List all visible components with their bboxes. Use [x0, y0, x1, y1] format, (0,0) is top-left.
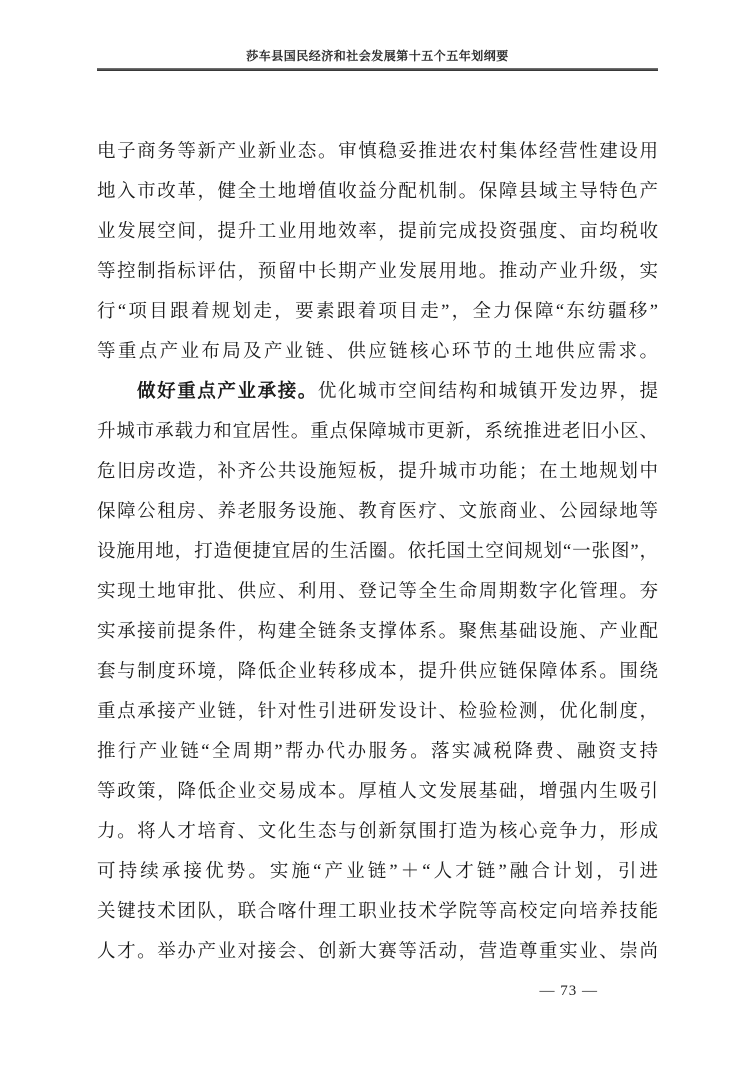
text-line: 等政策，降低企业交易成本。厚植人文发展基础，增强内生吸引 — [97, 772, 658, 812]
page-header: 莎车县国民经济和社会发展第十五个五年划纲要 — [0, 0, 753, 71]
line-text: 优化城市空间结构和城镇开发边界，提 — [318, 382, 658, 402]
text-line: 业发展空间，提升工业用地效率，提前完成投资强度、亩均税收 — [97, 212, 658, 252]
text-line: 升城市承载力和宜居性。重点保障城市更新，系统推进老旧小区、 — [97, 412, 658, 452]
document-page: 莎车县国民经济和社会发展第十五个五年划纲要 电子商务等新产业新业态。审慎稳妥推进… — [0, 0, 753, 1066]
text-line: 套与制度环境，降低企业转移成本，提升供应链保障体系。围绕 — [97, 652, 658, 692]
text-line: 设施用地，打造便捷宜居的生活圈。依托国土空间规划“一张图”， — [97, 532, 658, 572]
bold-lead-text: 做好重点产业承接。 — [137, 382, 318, 402]
page-number: — 73 — — [540, 982, 599, 1000]
paragraph-land-supply: 电子商务等新产业新业态。审慎稳妥推进农村集体经营性建设用地入市改革，健全土地增值… — [97, 132, 658, 372]
text-line: 重点承接产业链，针对性引进研发设计、检验检测，优化制度， — [97, 692, 658, 732]
text-line: 可持续承接优势。实施“产业链”＋“人才链”融合计划，引进 — [97, 852, 658, 892]
text-line: 人才。举办产业对接会、创新大赛等活动，营造尊重实业、崇尚 — [97, 932, 658, 972]
document-body: 电子商务等新产业新业态。审慎稳妥推进农村集体经营性建设用地入市改革，健全土地增值… — [97, 132, 658, 972]
text-line: 等控制指标评估，预留中长期产业发展用地。推动产业升级，实 — [97, 252, 658, 292]
text-line: 电子商务等新产业新业态。审慎稳妥推进农村集体经营性建设用 — [97, 132, 658, 172]
text-line: 地入市改革，健全土地增值收益分配机制。保障县域主导特色产 — [97, 172, 658, 212]
text-line: 保障公租房、养老服务设施、教育医疗、文旅商业、公园绿地等 — [97, 492, 658, 532]
text-line: 做好重点产业承接。优化城市空间结构和城镇开发边界，提 — [97, 372, 658, 412]
text-line: 行“项目跟着规划走，要素跟着项目走”，全力保障“东纺疆移” — [97, 292, 658, 332]
text-line: 力。将人才培育、文化生态与创新氛围打造为核心竞争力，形成 — [97, 812, 658, 852]
text-line: 实现土地审批、供应、利用、登记等全生命周期数字化管理。夯 — [97, 572, 658, 612]
text-line: 关键技术团队，联合喀什理工职业技术学院等高校定向培养技能 — [97, 892, 658, 932]
text-line: 危旧房改造，补齐公共设施短板，提升城市功能；在土地规划中 — [97, 452, 658, 492]
paragraph-lines: 升城市承载力和宜居性。重点保障城市更新，系统推进老旧小区、危旧房改造，补齐公共设… — [97, 412, 658, 972]
header-title: 莎车县国民经济和社会发展第十五个五年划纲要 — [97, 48, 658, 64]
text-line: 推行产业链“全周期”帮办代办服务。落实减税降费、融资支持 — [97, 732, 658, 772]
header-rule — [97, 68, 658, 71]
text-line: 等重点产业布局及产业链、供应链核心环节的土地供应需求。 — [97, 332, 658, 372]
paragraph-industry-undertaking: 做好重点产业承接。优化城市空间结构和城镇开发边界，提 升城市承载力和宜居性。重点… — [97, 372, 658, 972]
text-line: 实承接前提条件，构建全链条支撑体系。聚焦基础设施、产业配 — [97, 612, 658, 652]
